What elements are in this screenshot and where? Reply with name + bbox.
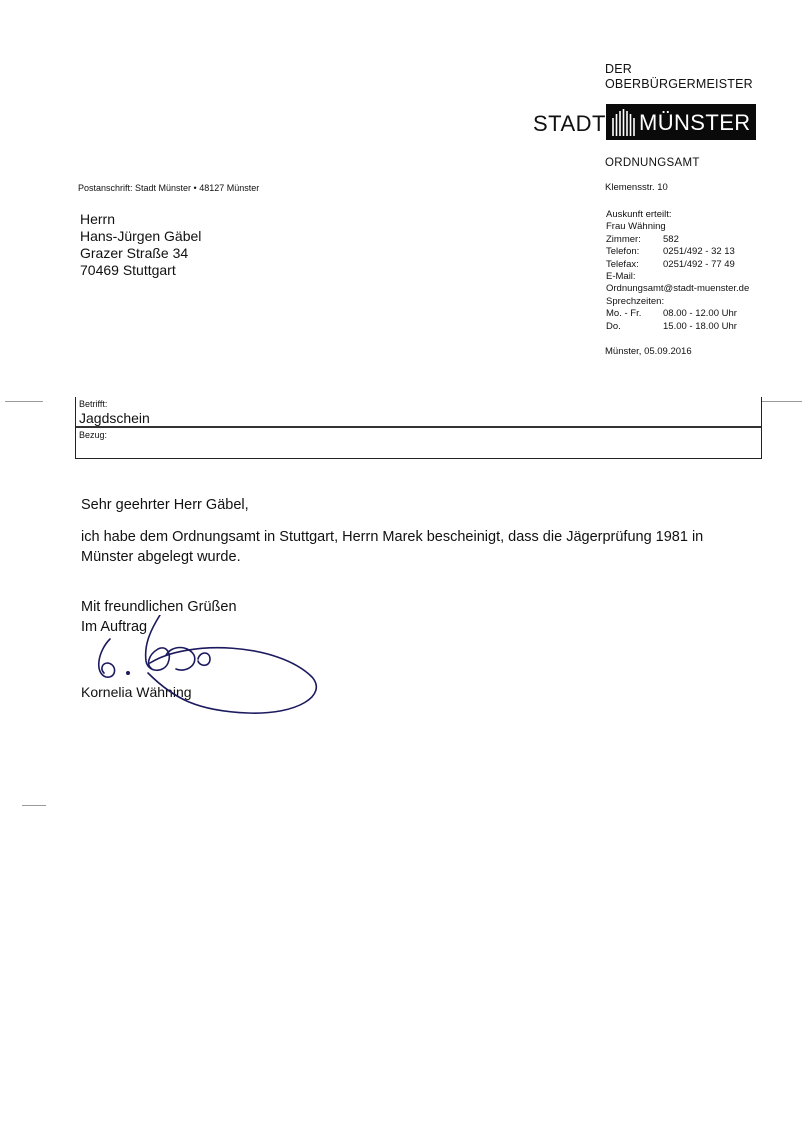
postal-address: Postanschrift: Stadt Münster • 48127 Mün…: [78, 183, 259, 193]
authority-heading: DER OBERBÜRGERMEISTER: [605, 62, 753, 92]
hours-time: 08.00 - 12.00 Uhr: [663, 308, 737, 320]
subject-box: Betrifft: Jagdschein Bezug:: [75, 397, 762, 459]
reference-label: Bezug:: [79, 430, 107, 440]
recipient-salutation: Herrn: [80, 211, 201, 228]
authority-line-2: OBERBÜRGERMEISTER: [605, 77, 753, 92]
contact-person: Frau Wähning: [606, 221, 786, 233]
recipient-city: 70469 Stuttgart: [80, 262, 201, 279]
contact-block: Auskunft erteilt: Frau Wähning Zimmer: 5…: [606, 209, 786, 333]
hours-days: Mo. - Fr.: [606, 308, 663, 320]
hours-time: 15.00 - 18.00 Uhr: [663, 321, 737, 333]
hours-row-weekdays: Mo. - Fr. 08.00 - 12.00 Uhr: [606, 308, 786, 320]
letter-paragraph: ich habe dem Ordnungsamt in Stuttgart, H…: [81, 527, 741, 567]
handwritten-signature: [88, 615, 328, 725]
contact-row-fax: Telefax: 0251/492 - 77 49: [606, 259, 786, 271]
contact-row-room: Zimmer: 582: [606, 234, 786, 246]
fax-label: Telefax:: [606, 259, 663, 271]
subject-divider: [76, 426, 761, 428]
room-value: 582: [663, 234, 679, 246]
email-address: Ordnungsamt@stadt-muenster.de: [606, 283, 786, 295]
recipient-name: Hans-Jürgen Gäbel: [80, 228, 201, 245]
fold-marker: [5, 401, 43, 402]
subject-label: Betrifft:: [79, 399, 107, 409]
authority-line-1: DER: [605, 62, 753, 77]
department: ORDNUNGSAMT: [605, 157, 700, 169]
city-logo: MÜNSTER: [606, 104, 756, 140]
punch-marker: [22, 805, 46, 806]
fax-value: 0251/492 - 77 49: [663, 259, 735, 271]
fold-marker: [762, 401, 802, 402]
date-line: Münster, 05.09.2016: [605, 346, 692, 357]
info-label: Auskunft erteilt:: [606, 209, 786, 221]
columns-logo-icon: [611, 108, 637, 136]
email-label: E-Mail:: [606, 271, 786, 283]
recipient-street: Grazer Straße 34: [80, 245, 201, 262]
letter-salutation: Sehr geehrter Herr Gäbel,: [81, 495, 249, 515]
contact-row-phone: Telefon: 0251/492 - 32 13: [606, 246, 786, 258]
hours-label: Sprechzeiten:: [606, 296, 786, 308]
subject-value: Jagdschein: [79, 410, 150, 426]
logo-name: MÜNSTER: [639, 110, 751, 136]
room-label: Zimmer:: [606, 234, 663, 246]
hours-row-thursday: Do. 15.00 - 18.00 Uhr: [606, 321, 786, 333]
office-street: Klemensstr. 10: [605, 182, 668, 193]
phone-label: Telefon:: [606, 246, 663, 258]
closing-greeting: Mit freundlichen Grüßen: [81, 597, 237, 617]
hours-days: Do.: [606, 321, 663, 333]
recipient-address: Herrn Hans-Jürgen Gäbel Grazer Straße 34…: [80, 211, 201, 279]
phone-value: 0251/492 - 32 13: [663, 246, 735, 258]
logo-prefix: STADT: [533, 111, 606, 137]
